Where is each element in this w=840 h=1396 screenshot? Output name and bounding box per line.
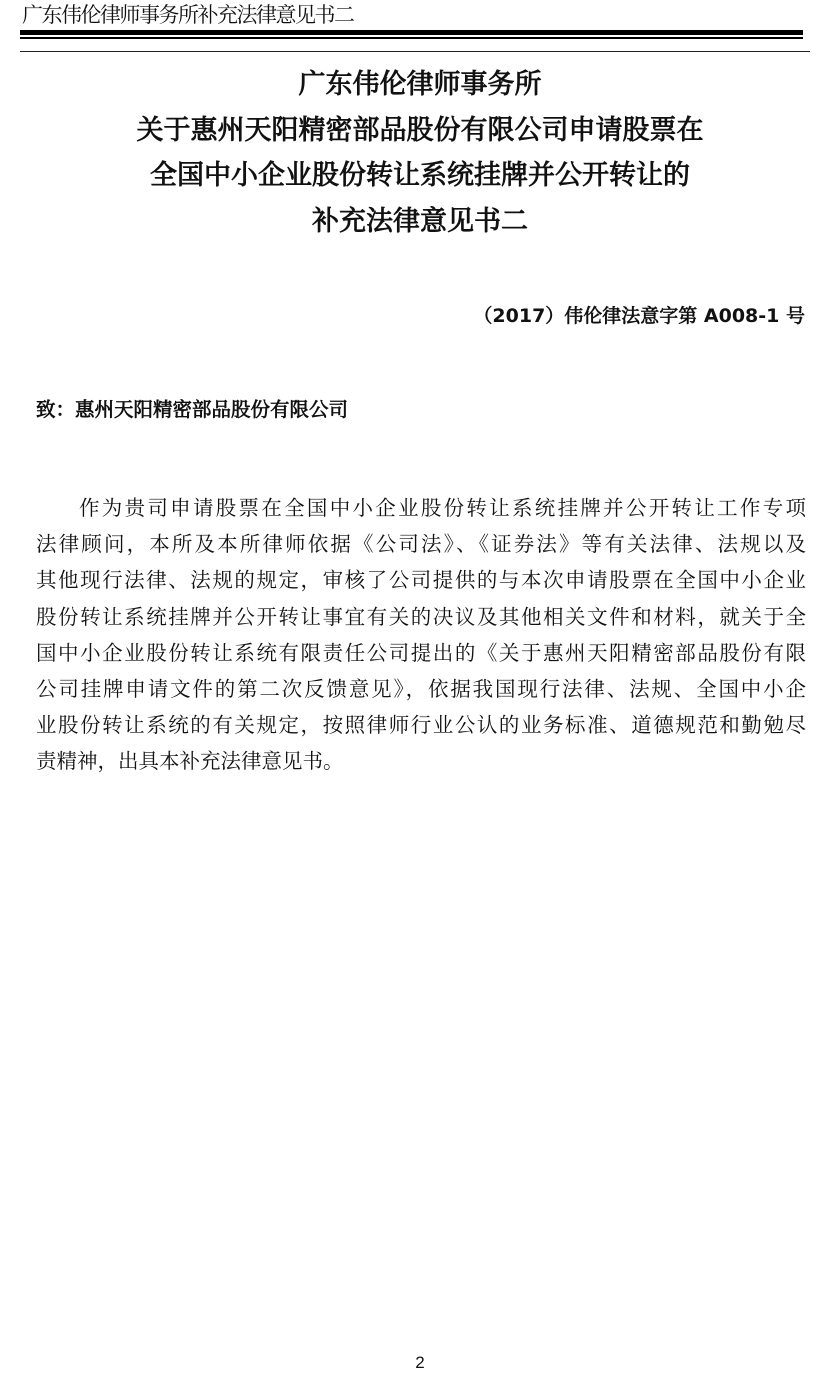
body-line: 业股份转让系统的有关规定，按照律师行业公认的业务标准、道德规范和勤勉尽 [36, 707, 806, 743]
body-line: 股份转让系统挂牌并公开转让事宜有关的决议及其他相关文件和材料，就关于全 [36, 599, 806, 635]
document-number: （2017）伟伦律法意字第 A008-1 号 [473, 302, 805, 330]
body-line: 责精神，出具本补充法律意见书。 [36, 743, 806, 779]
running-header-title: 广东伟伦律师事务所补充法律意见书二 [22, 3, 354, 27]
body-paragraph: 作为贵司申请股票在全国中小企业股份转让系统挂牌并公开转让工作专项 法律顾问，本所… [36, 490, 806, 780]
document-title: 广东伟伦律师事务所 关于惠州天阳精密部品股份有限公司申请股票在 全国中小企业股份… [0, 62, 840, 244]
title-line-subject-1: 关于惠州天阳精密部品股份有限公司申请股票在 [0, 108, 840, 154]
page-number: 2 [0, 1352, 840, 1374]
body-line: 作为贵司申请股票在全国中小企业股份转让系统挂牌并公开转让工作专项 [36, 490, 806, 526]
header-rule-thick [20, 30, 803, 35]
page-header: 广东伟伦律师事务所补充法律意见书二 [0, 0, 840, 60]
body-line: 国中小企业股份转让系统有限责任公司提出的《关于惠州天阳精密部品股份有限 [36, 635, 806, 671]
body-line: 公司挂牌申请文件的第二次反馈意见》，依据我国现行法律、法规、全国中小企 [36, 671, 806, 707]
body-line: 其他现行法律、法规的规定，审核了公司提供的与本次申请股票在全国中小企业 [36, 562, 806, 598]
header-rule-separator [20, 51, 810, 52]
title-line-subject-2: 全国中小企业股份转让系统挂牌并公开转让的 [0, 153, 840, 199]
body-line: 法律顾问，本所及本所律师依据《公司法》、《证券法》等有关法律、法规以及 [36, 526, 806, 562]
addressee: 致：惠州天阳精密部品股份有限公司 [36, 396, 348, 424]
title-line-doc-type: 补充法律意见书二 [0, 199, 840, 245]
title-line-firm: 广东伟伦律师事务所 [0, 62, 840, 108]
header-rule-thin [20, 37, 803, 39]
